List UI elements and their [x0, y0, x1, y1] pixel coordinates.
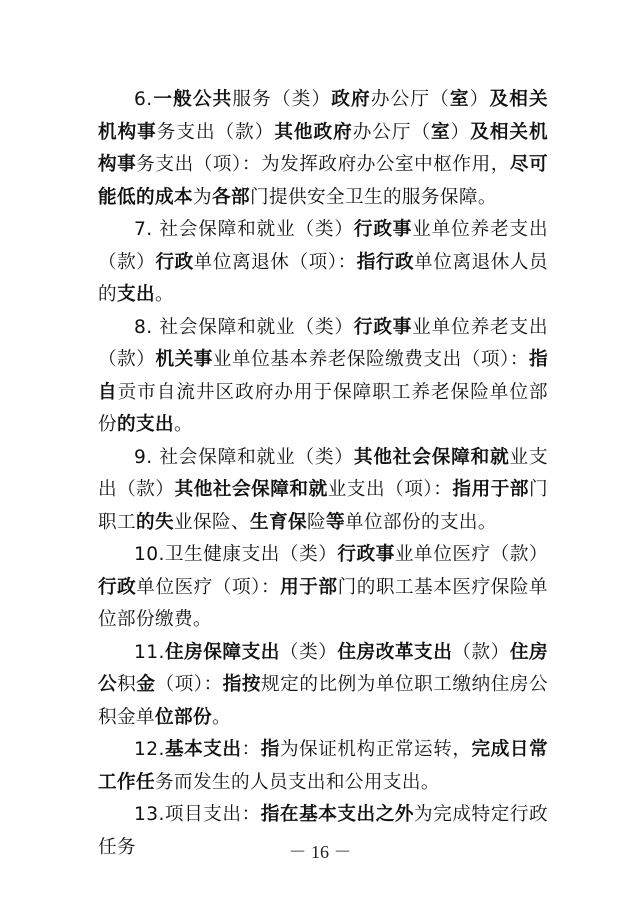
text-segment: 生育保	[250, 512, 307, 533]
text-segment: 指	[261, 739, 280, 760]
text-segment: 室	[450, 89, 470, 110]
text-segment: 单位离退休（项）：	[194, 252, 357, 273]
text-segment: 支出	[117, 284, 155, 305]
text-segment: （款）	[452, 642, 509, 663]
text-segment: 基本支出	[165, 739, 242, 760]
text-segment: 其他社会保障和就	[175, 479, 328, 500]
text-segment: 业支出（项）：	[328, 479, 453, 500]
text-segment: 务支出（项）：为发挥政府办公室中枢作用，	[136, 154, 510, 175]
text-segment: 室	[431, 122, 451, 143]
text-segment: 11.	[134, 642, 165, 663]
text-segment: 指在基本支出之外	[261, 804, 414, 825]
page-number: － 16 －	[0, 838, 640, 864]
text-segment: 单位部份的支出。	[345, 512, 497, 533]
paragraph-12: 12.基本支出：指为保证机构正常运转，完成日常工作任务而发生的人员支出和公用支出…	[98, 734, 548, 799]
text-segment: （类）	[280, 642, 337, 663]
text-segment: 的失	[136, 512, 174, 533]
paragraph-11: 11.住房保障支出（类）住房改革支出（款）住房公积金（项）：指按规定的比例为单位…	[98, 637, 548, 735]
text-segment: 的支出	[117, 414, 174, 435]
text-segment: 行政	[98, 577, 136, 598]
text-segment: ）	[451, 122, 471, 143]
text-segment: （项）：	[155, 674, 222, 695]
text-segment: 6.	[134, 89, 153, 110]
paragraph-8: 8. 社会保障和就业（类）行政事业单位养老支出（款）机关事业单位基本养老保险缴费…	[98, 312, 548, 442]
text-segment: 13.项目支出：	[134, 804, 261, 825]
text-segment: 为保证机构正常运转，	[280, 739, 472, 760]
text-segment: 9. 社会保障和就业（类）	[134, 447, 354, 468]
text-segment: 7. 社会保障和就业（类）	[134, 219, 354, 240]
text-segment: ：	[242, 739, 261, 760]
text-segment: 险	[307, 512, 326, 533]
text-segment: ）	[470, 89, 490, 110]
text-segment: 指按	[223, 674, 261, 695]
text-segment: 指行政	[357, 252, 414, 273]
text-segment: 单位医疗（项）：	[136, 577, 280, 598]
text-segment: 金	[136, 674, 155, 695]
text-segment: 位部份	[155, 707, 212, 728]
text-segment: 住房保障支出	[165, 642, 280, 663]
text-segment: 门提供安全卫生的服务保障。	[250, 187, 497, 208]
text-segment: 政府	[331, 89, 371, 110]
paragraph-10: 10.卫生健康支出（类）行政事业单位医疗（款）行政单位医疗（项）：用于部门的职工…	[98, 539, 548, 637]
text-segment: 业保险、	[174, 512, 250, 533]
text-segment: 一般公共	[153, 89, 233, 110]
text-segment: 其他政府	[274, 122, 352, 143]
text-segment: 办公厅（	[353, 122, 431, 143]
text-segment: 行政事	[354, 219, 412, 240]
paragraph-9: 9. 社会保障和就业（类）其他社会保障和就业支出（款）其他社会保障和就业支出（项…	[98, 442, 548, 540]
text-segment: 业单位医疗（款）	[395, 544, 548, 565]
text-segment: 其他社会保障和就	[354, 447, 510, 468]
document-body: 6.一般公共服务（类）政府办公厅（室）及相关机构事务支出（款）其他政府办公厅（室…	[98, 84, 548, 864]
text-segment: 。	[174, 414, 193, 435]
text-segment: 行政	[155, 252, 193, 273]
text-segment: 业单位基本养老保险缴费支出（项）：	[213, 349, 529, 370]
text-segment: 行政事	[354, 317, 412, 338]
text-segment: 各部	[212, 187, 250, 208]
text-segment: 12.	[134, 739, 165, 760]
text-segment: 办公厅（	[371, 89, 450, 110]
text-segment: 。	[155, 284, 174, 305]
text-segment: 8. 社会保障和就业（类）	[134, 317, 354, 338]
text-segment: 等	[326, 512, 345, 533]
text-segment: 10.卫生健康支出（类）	[134, 544, 337, 565]
text-segment: 务而发生的人员支出和公用支出。	[155, 772, 440, 793]
text-segment: 行政事	[337, 544, 394, 565]
text-segment: 为	[193, 187, 212, 208]
text-segment: 机关事	[155, 349, 212, 370]
text-segment: 住房改革支出	[337, 642, 452, 663]
text-segment: 用于部	[280, 577, 337, 598]
text-segment: 积	[117, 674, 136, 695]
text-segment: 服务（类）	[232, 89, 331, 110]
paragraph-7: 7. 社会保障和就业（类）行政事业单位养老支出（款）行政单位离退休（项）：指行政…	[98, 214, 548, 312]
text-segment: 。	[212, 707, 231, 728]
text-segment: 务支出（款）	[157, 122, 275, 143]
paragraph-6: 6.一般公共服务（类）政府办公厅（室）及相关机构事务支出（款）其他政府办公厅（室…	[98, 84, 548, 214]
text-segment: 指用于部	[452, 479, 529, 500]
